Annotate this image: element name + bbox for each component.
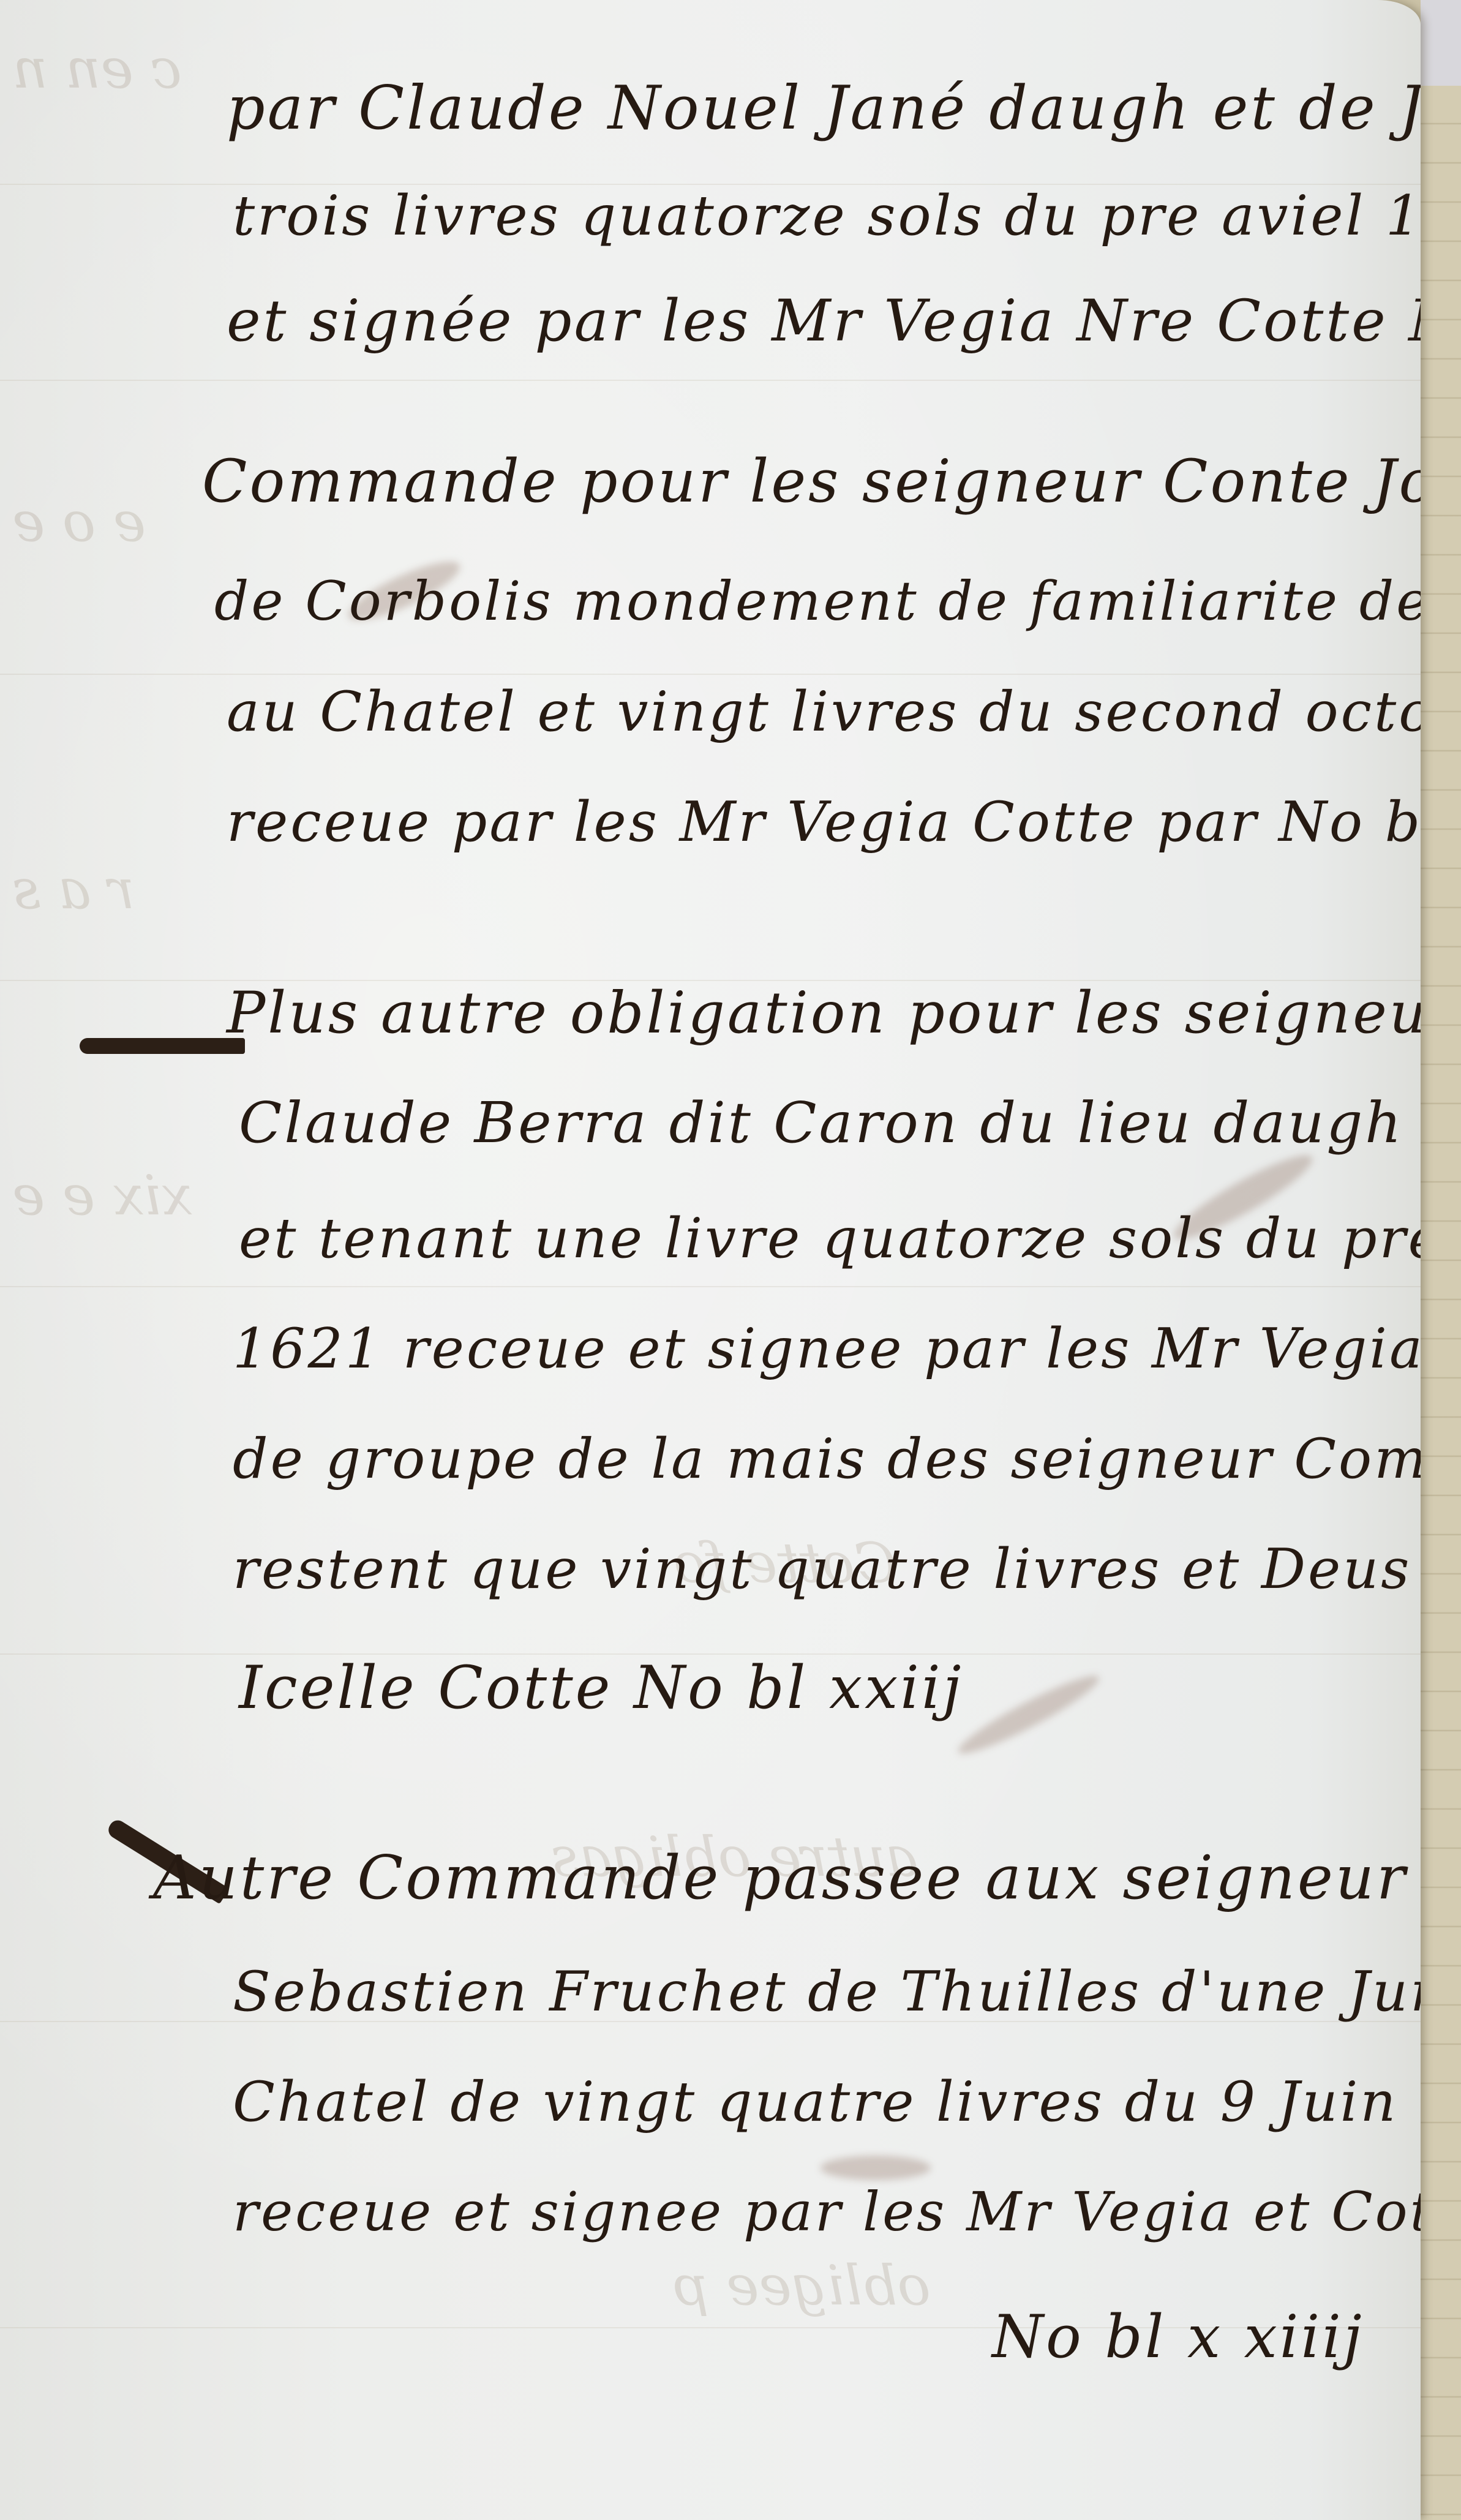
ruling-line [0, 380, 1421, 381]
manuscript-line: trois livres quatorze sols du pre aviel … [233, 184, 1421, 248]
manuscript-line: de groupe de la mais des seigneur Compte… [233, 1427, 1421, 1491]
manuscript-line: et signée par les Mr Vegia Nre Cotte No … [227, 288, 1421, 355]
manuscript-line: Sebastien Fruchet de Thuilles d'une Jume… [233, 1960, 1421, 2024]
manuscript-line: Autre Commande passee aux seigneur f [153, 1843, 1421, 1913]
bleed-through-text: xix e e [12, 1164, 192, 1228]
background-top-right [1421, 0, 1461, 86]
manuscript-line: Claude Berra dit Caron du lieu daugh et … [239, 1090, 1421, 1156]
entry-margin-mark [80, 1038, 245, 1054]
manuscript-line: receue et signee par les Mr Vegia et Cot… [233, 2180, 1421, 2243]
bleed-through-text: e o e [12, 490, 146, 554]
manuscript-line: 1621 receue et signee par les Mr Vegia f… [233, 1317, 1421, 1381]
manuscript-line: No bl x xiiij [992, 2303, 1364, 2371]
book-page-edges [1421, 86, 1461, 2520]
bleed-through-text: obligee p [674, 2254, 931, 2318]
ruling-line [0, 674, 1421, 675]
manuscript-line: Commande pour les seigneur Conte Jolli J… [202, 447, 1421, 516]
manuscript-line: Plus autre obligation pour les seigneur … [227, 980, 1421, 1047]
manuscript-line: et tenant une livre quatorze sols du pre… [239, 1206, 1421, 1271]
manuscript-line: receue par les Mr Vegia Cotte par No bl … [227, 790, 1421, 854]
manuscript-line: restent que vingt quatre livres et Deus … [233, 1537, 1421, 1601]
manuscript-line: par Claude Nouel Jané daugh et de Jeanne [227, 73, 1421, 143]
manuscript-line: au Chatel et vingt livres du second octo… [227, 680, 1421, 744]
manuscript-page: c en n e o e r a s xix e e Cotte fo autr… [0, 0, 1421, 2520]
bleed-through-text: c en n [12, 37, 182, 101]
manuscript-line: Icelle Cotte No bl xxiij [239, 1653, 963, 1722]
manuscript-line: de Corbolis mondement de familiarite de … [214, 570, 1421, 633]
manuscript-line: Chatel de vingt quatre livres du 9 Juin [233, 2070, 1398, 2134]
bleed-through-text: r a s [12, 857, 135, 922]
photo-scene: c en n e o e r a s xix e e Cotte fo autr… [0, 0, 1461, 2520]
ink-smudge [821, 2156, 931, 2180]
ink-smudge [953, 1666, 1105, 1762]
ruling-line [0, 1286, 1421, 1287]
